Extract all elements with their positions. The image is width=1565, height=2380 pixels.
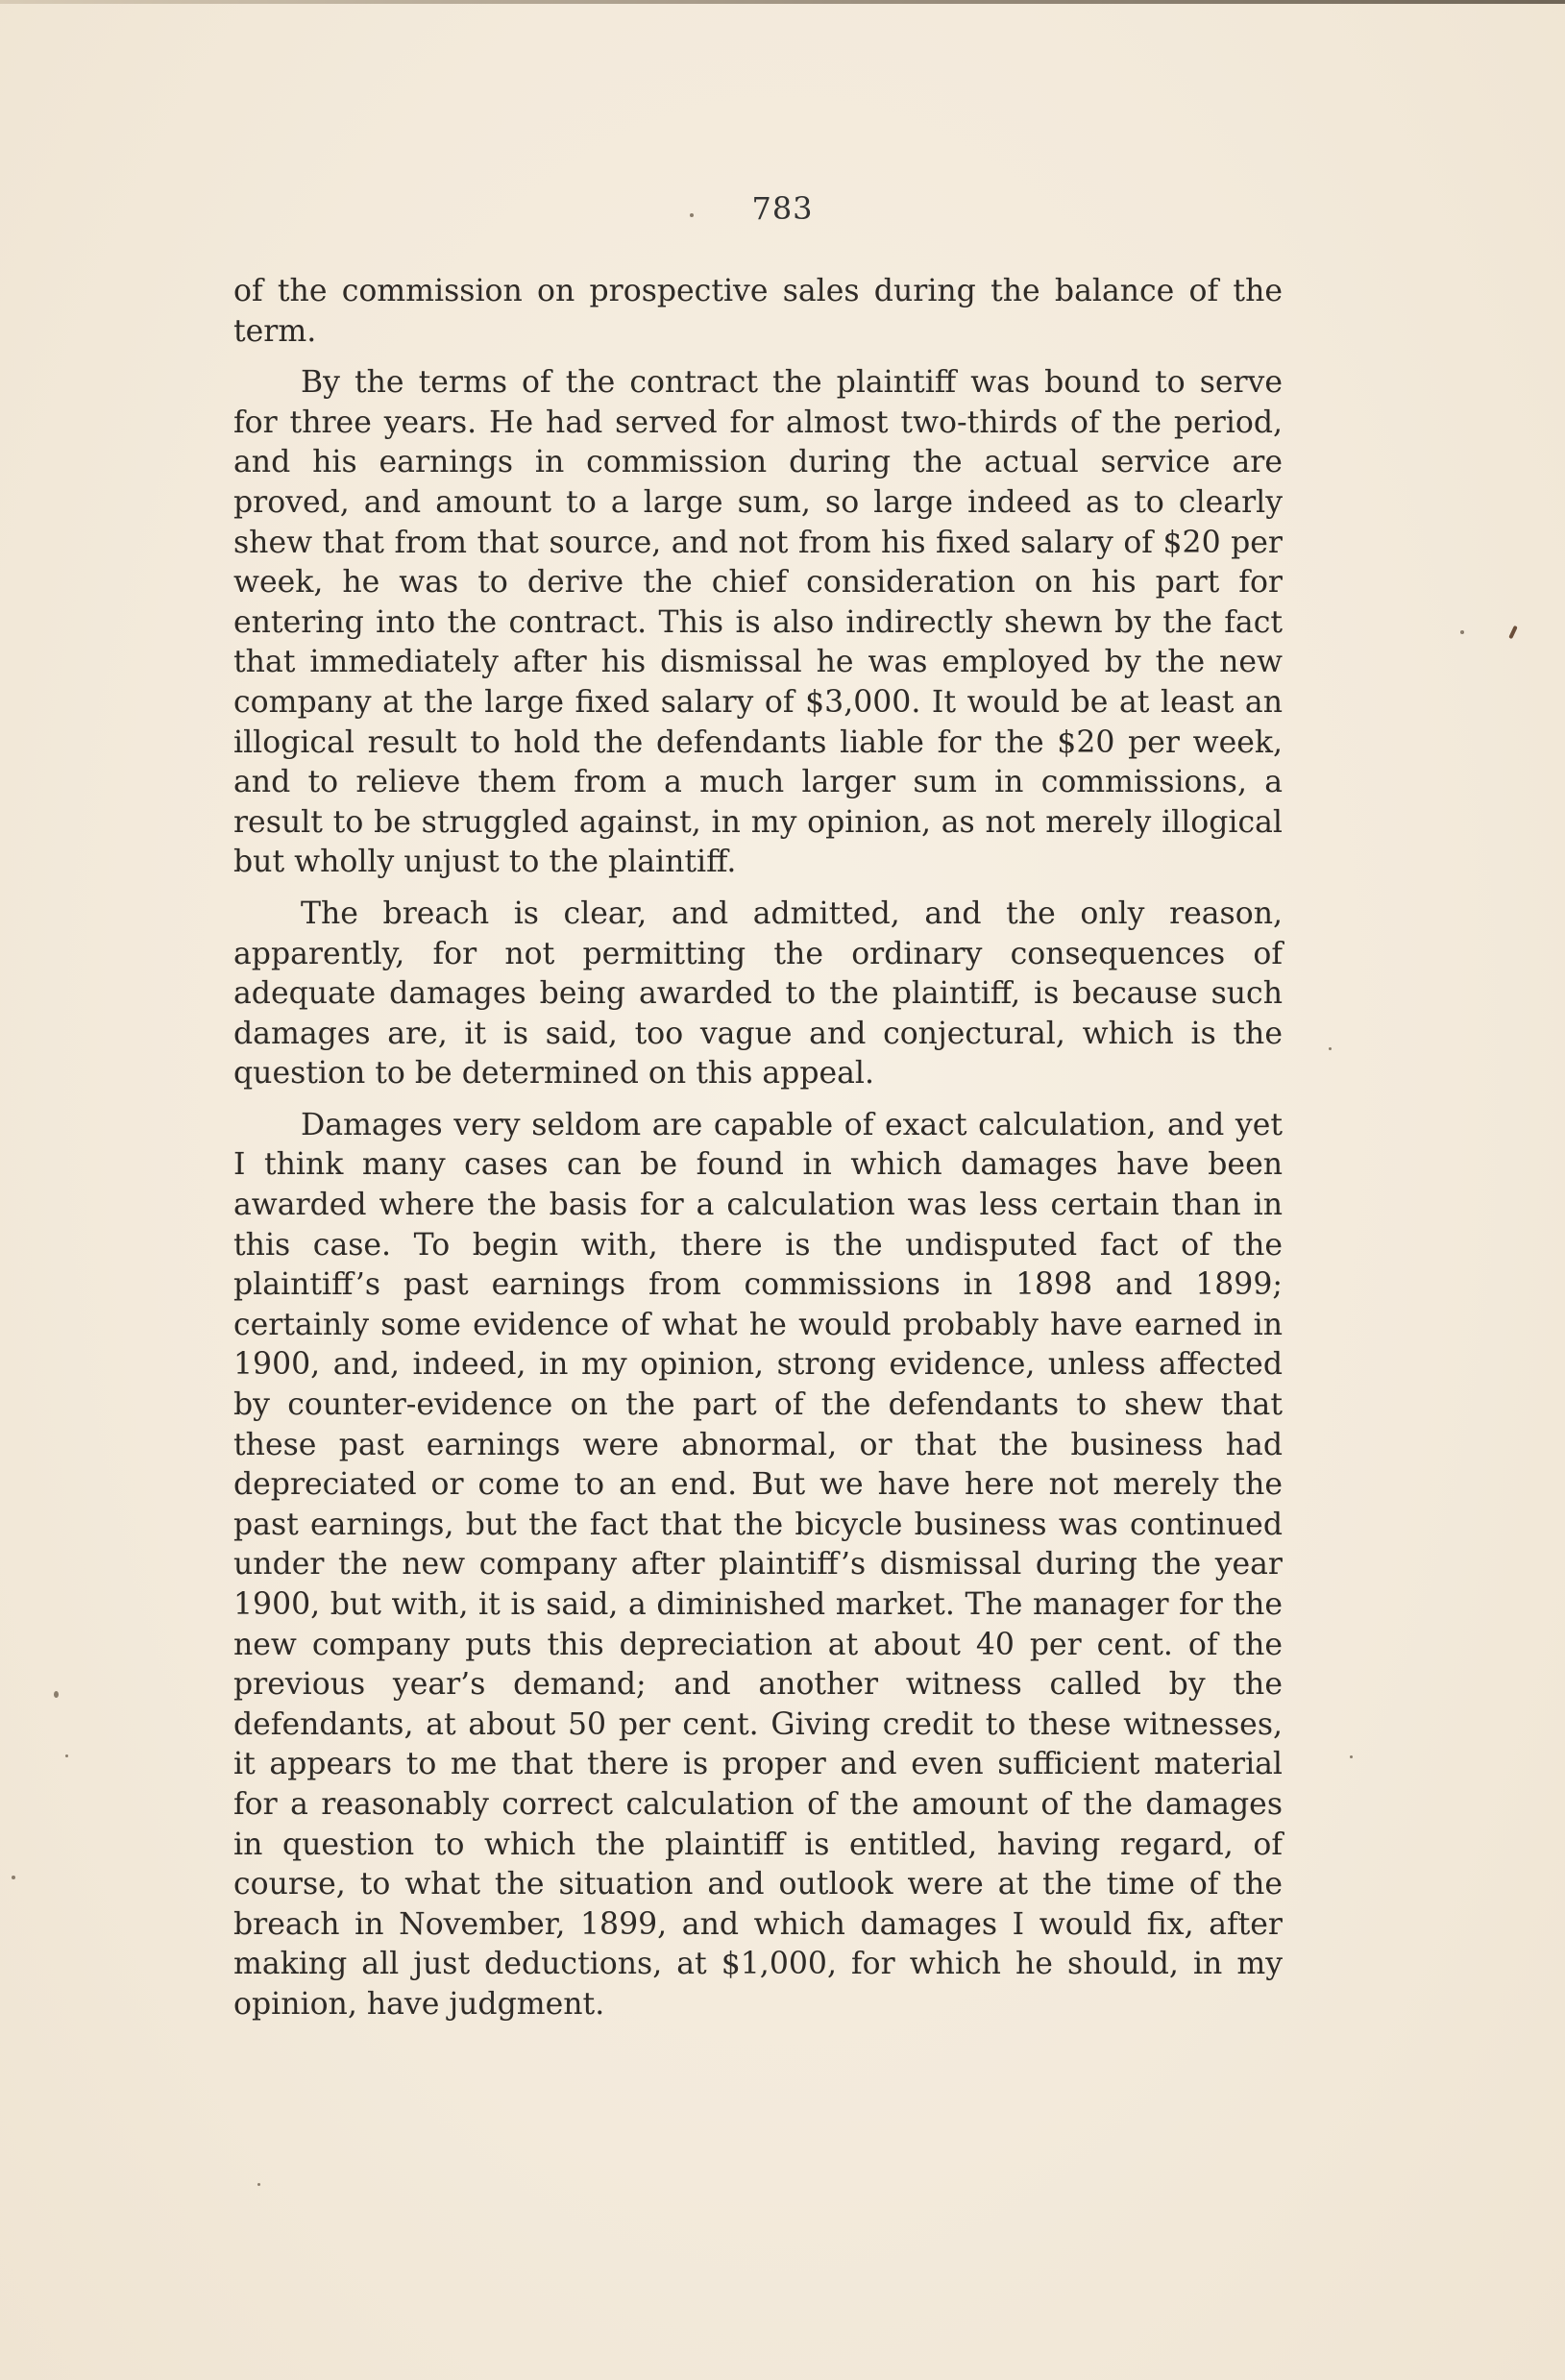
paper-speck [1460, 630, 1464, 634]
paper-speck [65, 1754, 68, 1757]
paper-speck [1329, 1047, 1332, 1050]
paragraph-4: Damages very seldom are capable of exact… [233, 1106, 1283, 2025]
paper-speck [12, 1876, 15, 1879]
paper-speck [54, 1691, 59, 1698]
paragraph-3: The breach is clear, and admitted, and t… [233, 895, 1283, 1094]
paper-speck [257, 2183, 260, 2186]
page-top-edge [0, 0, 1565, 4]
book-page: 783 of the commission on prospective sal… [0, 0, 1565, 2380]
page-body: of the commission on prospective sales d… [233, 272, 1283, 2037]
scan-mark [1508, 626, 1518, 639]
page-number: 783 [0, 190, 1565, 227]
paper-speck [1350, 1755, 1353, 1758]
paper-speck [690, 213, 694, 217]
paragraph-1: of the commission on prospective sales d… [233, 272, 1283, 352]
paragraph-2: By the terms of the contract the plainti… [233, 363, 1283, 883]
